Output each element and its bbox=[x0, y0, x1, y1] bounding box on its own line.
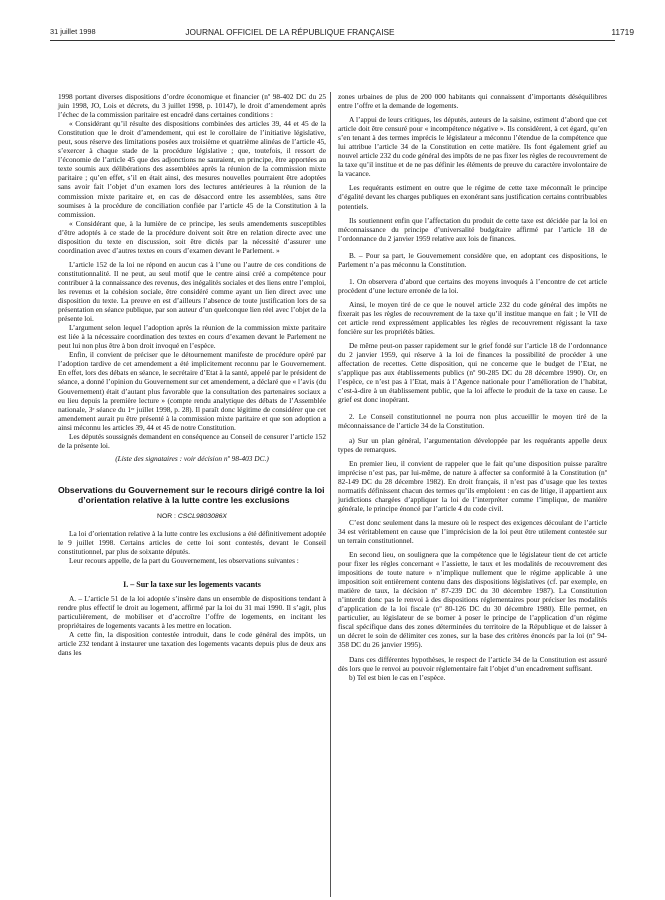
paragraph: 1998 portant diverses dispositions d’ord… bbox=[58, 92, 326, 119]
paragraph: C’est donc seulement dans la mesure où l… bbox=[338, 518, 607, 545]
paragraph: Enfin, il convient de préciser que le dé… bbox=[58, 350, 326, 431]
paragraph: b) Tel est bien le cas en l’espèce. bbox=[338, 673, 607, 682]
header-rule bbox=[50, 40, 615, 41]
paragraph: La loi d’orientation relative à la lutte… bbox=[58, 529, 326, 556]
paragraph: zones urbaines de plus de 200 000 habita… bbox=[338, 92, 607, 110]
paragraph: Leur recours appelle, de la part du Gouv… bbox=[58, 556, 326, 565]
paragraph: De même peut-on passer rapidement sur le… bbox=[338, 341, 607, 404]
section-title: I. – Sur la taxe sur les logements vacan… bbox=[58, 580, 326, 589]
nor-label: NOR : bbox=[157, 513, 176, 520]
paragraph: Ainsi, le moyen tiré de ce que le nouvel… bbox=[338, 300, 607, 336]
paragraph: En premier lieu, il convient de rappeler… bbox=[338, 459, 607, 513]
observations-title: Observations du Gouvernement sur le reco… bbox=[58, 485, 326, 505]
paragraph: a) Sur un plan général, l’argumentation … bbox=[338, 436, 607, 454]
column-divider bbox=[330, 92, 331, 897]
nor-reference: NOR : CSCL9803086X bbox=[58, 512, 326, 521]
paragraph: A l’appui de leurs critiques, les député… bbox=[338, 115, 607, 178]
paragraph: A cette fin, la disposition contestée in… bbox=[58, 630, 326, 657]
paragraph: 1. On observera d’abord que certains des… bbox=[338, 277, 607, 295]
nor-value: CSCL9803086X bbox=[178, 513, 227, 520]
page-header: 31 juillet 1998 JOURNAL OFFICIEL DE LA R… bbox=[50, 24, 468, 40]
left-column: 1998 portant diverses dispositions d’ord… bbox=[58, 92, 326, 657]
paragraph: En second lieu, on soulignera que la com… bbox=[338, 550, 607, 650]
paragraph: L’article 152 de la loi ne répond en auc… bbox=[58, 260, 326, 323]
paragraph: B. – Pour sa part, le Gouvernement consi… bbox=[338, 251, 607, 269]
paragraph: Les requérants estiment en outre que le … bbox=[338, 183, 607, 210]
paragraph: L’argument selon lequel l’adoption après… bbox=[58, 323, 326, 350]
right-column: zones urbaines de plus de 200 000 habita… bbox=[338, 92, 607, 682]
header-title: JOURNAL OFFICIEL DE LA RÉPUBLIQUE FRANÇA… bbox=[170, 27, 410, 37]
paragraph: A. – L’article 51 de la loi adoptée s’in… bbox=[58, 594, 326, 630]
paragraph: Les députés soussignés demandent en cons… bbox=[58, 432, 326, 450]
paragraph: Ils soutiennent enfin que l’affectation … bbox=[338, 216, 607, 243]
paragraph: « Considérant qu’il résulte des disposit… bbox=[58, 119, 326, 219]
header-page-number: 11719 bbox=[611, 27, 634, 37]
signatories-note: (Liste des signataires : voir décision n… bbox=[58, 454, 326, 463]
paragraph: 2. Le Conseil constitutionnel ne pourra … bbox=[338, 412, 607, 430]
paragraph: « Considérant que, à la lumière de ce pr… bbox=[58, 219, 326, 255]
paragraph: Dans ces différentes hypothèses, le resp… bbox=[338, 655, 607, 673]
header-date: 31 juillet 1998 bbox=[50, 27, 96, 36]
